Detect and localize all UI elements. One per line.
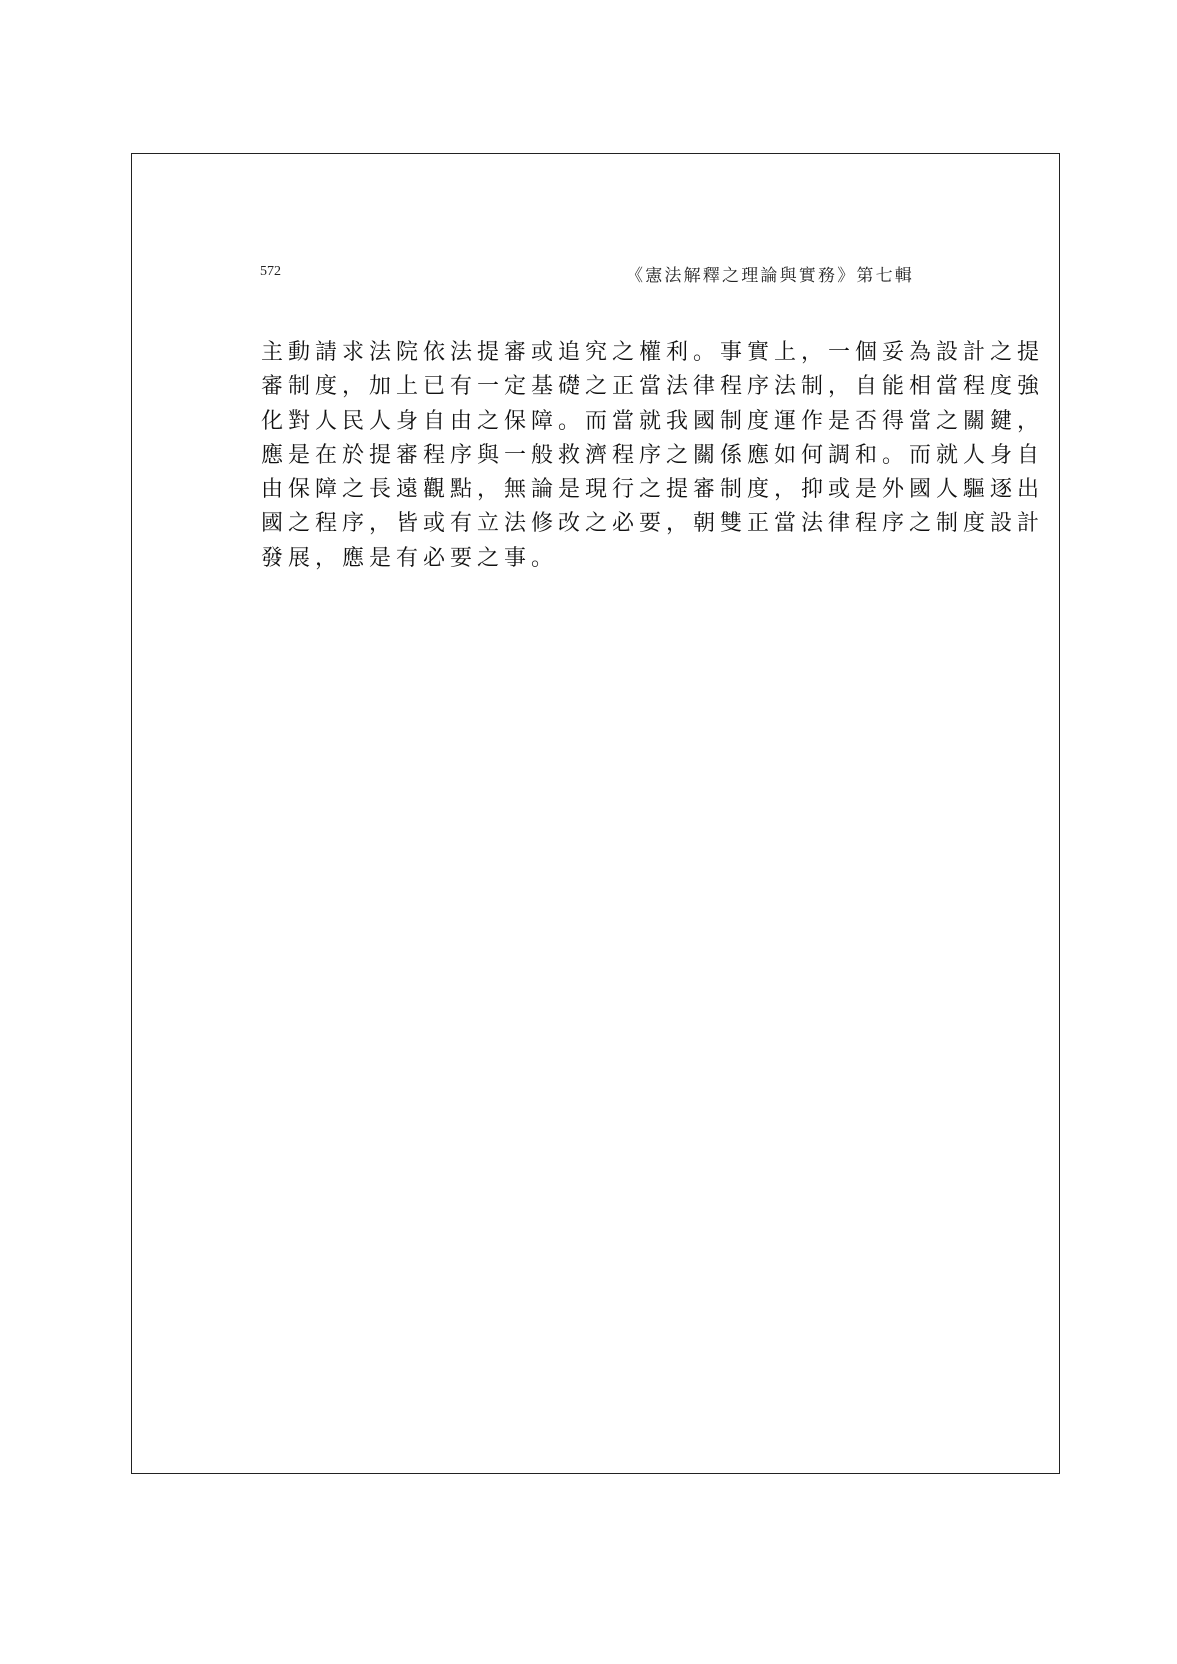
text-line: 由保障之長遠觀點，無論是現行之提審制度，抑或是外國人驅逐出 xyxy=(261,473,921,507)
running-header: 572 《憲法解釋之理論與實務》第七輯 xyxy=(260,261,914,285)
body-paragraph: 主動請求法院依法提審或追究之權利。事實上，一個妥為設計之提 審制度，加上已有一定… xyxy=(261,336,921,576)
text-line: 審制度，加上已有一定基礎之正當法律程序法制，自能相當程度強 xyxy=(261,370,921,404)
text-line: 國之程序，皆或有立法修改之必要，朝雙正當法律程序之制度設計 xyxy=(261,507,921,541)
text-line: 發展，應是有必要之事。 xyxy=(261,542,921,576)
text-line: 應是在於提審程序與一般救濟程序之關係應如何調和。而就人身自 xyxy=(261,439,921,473)
page-number: 572 xyxy=(260,264,281,280)
book-title: 《憲法解釋之理論與實務》第七輯 xyxy=(626,261,914,286)
text-line: 主動請求法院依法提審或追究之權利。事實上，一個妥為設計之提 xyxy=(261,336,921,370)
text-line: 化對人民人身自由之保障。而當就我國制度運作是否得當之關鍵， xyxy=(261,405,921,439)
